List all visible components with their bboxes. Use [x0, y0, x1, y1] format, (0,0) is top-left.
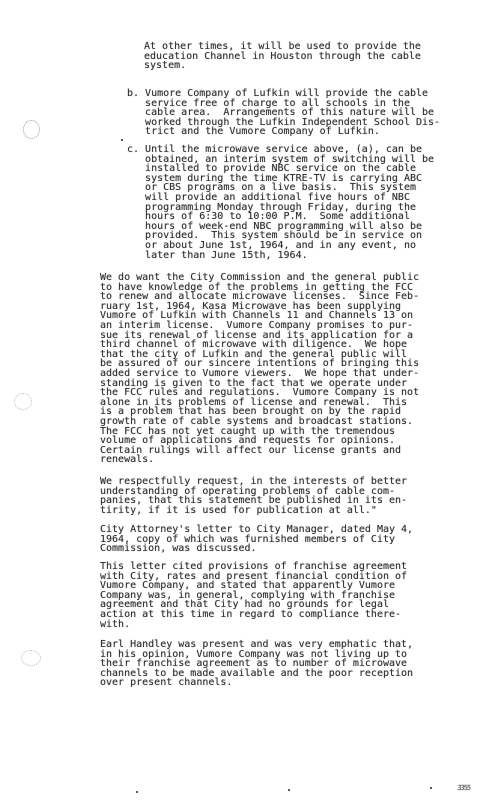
paragraph-microwave-problems: We do want the City Commission and the g…: [100, 273, 419, 465]
paragraph-publication-request: We respectfully request, in the interest…: [100, 477, 407, 515]
scan-speck: [121, 139, 123, 141]
paragraph-item-b: b. Vumore Company of Lufkin will provide…: [127, 89, 440, 137]
paragraph-letter-contents: This letter cited provisions of franchis…: [100, 562, 407, 629]
paragraph-earl-handley: Earl Handley was present and was very em…: [100, 640, 413, 688]
paragraph-item-c: c. Until the microwave service above, (a…: [127, 145, 434, 260]
scan-speck: [288, 789, 290, 791]
footer-stamp-mark: 3355: [456, 784, 470, 794]
scan-smudge-circle-middle: [14, 393, 32, 410]
scan-smudge-circle-top: [23, 120, 40, 139]
scan-speck: [136, 791, 138, 793]
scan-smudge-circle-bottom: [21, 650, 41, 666]
scanned-document-page: At other times, it will be used to provi…: [0, 0, 485, 800]
paragraph-item-a-continuation: At other times, it will be used to provi…: [144, 42, 421, 71]
paragraph-city-attorney-letter: City Attorney's letter to City Manager, …: [100, 525, 413, 554]
scan-speck: [430, 787, 432, 789]
